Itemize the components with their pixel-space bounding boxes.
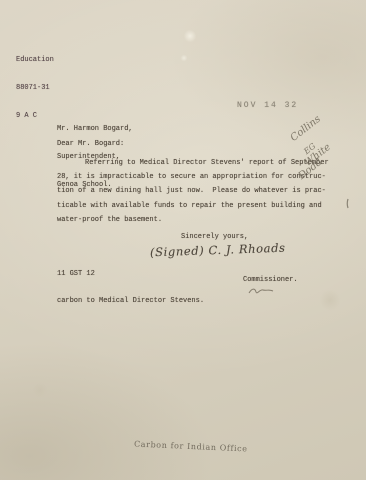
- date-stamp: NOV 14 32: [237, 101, 298, 110]
- body-line: water-proof the basement.: [57, 213, 333, 227]
- body-line: ticable with available funds to repair t…: [57, 199, 333, 213]
- letter-page: Education 88071-31 9 A C NOV 14 32 Mr. H…: [0, 0, 366, 480]
- file-reference-block: Education 88071-31 9 A C: [16, 38, 54, 139]
- file-reference-line: Education: [16, 56, 54, 65]
- initials-squiggle: [248, 286, 274, 296]
- signature-stamp: (Signed) C. J. Rhoads: [150, 241, 286, 260]
- closing: Sincerely yours,: [181, 233, 248, 242]
- pencil-tick: [344, 198, 352, 210]
- typist-note: 11 GST 12: [57, 270, 95, 279]
- salutation: Dear Mr. Bogard:: [57, 140, 124, 149]
- signer-title: Commissioner.: [243, 276, 298, 285]
- file-reference-line: 88071-31: [16, 84, 54, 93]
- annotation-word: Collins: [289, 114, 323, 144]
- carbon-note: carbon to Medical Director Stevens.: [57, 297, 204, 306]
- file-reference-line: 9 A C: [16, 112, 54, 121]
- pencil-annotation: Collins EG White Dodd: [283, 112, 363, 187]
- address-line: Mr. Harmon Bogard,: [57, 125, 133, 134]
- footer-stamp: Carbon for Indian Office: [134, 440, 248, 454]
